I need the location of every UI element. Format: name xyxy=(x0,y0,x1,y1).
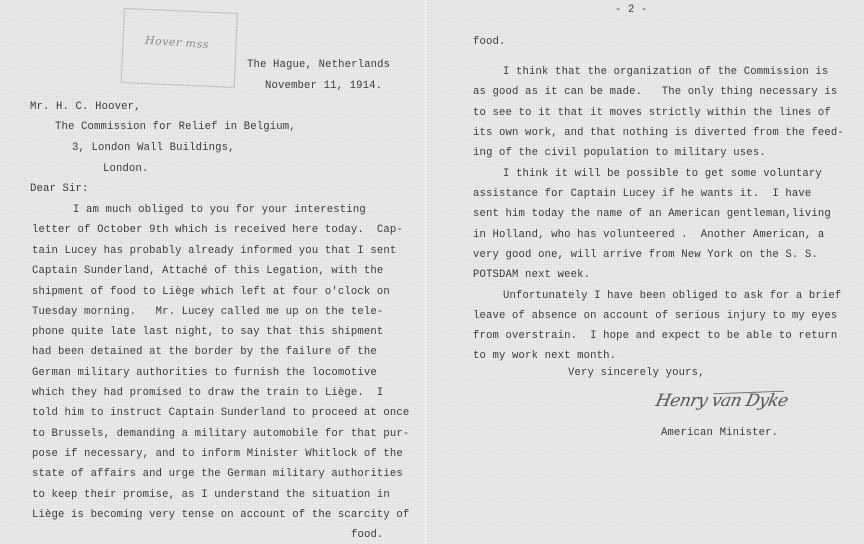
recipient-city: London. xyxy=(103,163,149,175)
page-seam-divider xyxy=(425,0,426,544)
body-line: I think that the organization of the Com… xyxy=(503,66,828,78)
recipient-organization: The Commission for Relief in Belgium, xyxy=(55,121,296,133)
closing: Very sincerely yours, xyxy=(568,367,705,379)
body-line: Captain Sunderland, Attaché of this Lega… xyxy=(32,265,383,277)
page-number: - 2 - xyxy=(615,4,648,16)
body-line: sent him today the name of an American g… xyxy=(473,208,831,220)
body-line: from overstrain. I hope and expect to be… xyxy=(473,330,837,342)
body-line: I am much obliged to you for your intere… xyxy=(73,204,366,216)
body-line: German military authorities to furnish t… xyxy=(32,367,377,379)
salutation: Dear Sir: xyxy=(30,183,89,195)
continuation-word: food. xyxy=(473,36,506,48)
body-line: assistance for Captain Lucey if he wants… xyxy=(473,188,811,200)
letter-date: November 11, 1914. xyxy=(265,80,382,92)
signatory-title: American Minister. xyxy=(661,427,778,439)
body-line: had been detained at the border by the f… xyxy=(32,346,377,358)
recipient-name: Mr. H. C. Hoover, xyxy=(30,101,141,113)
body-line: to my work next month. xyxy=(473,350,616,362)
body-line: state of affairs and urge the German mil… xyxy=(32,468,403,480)
signature-text: Henry van Dyke xyxy=(654,391,790,411)
body-line: tain Lucey has probably already informed… xyxy=(32,245,396,257)
body-line: Liège is becoming very tense on account … xyxy=(32,509,409,521)
body-line: its own work, and that nothing is divert… xyxy=(473,127,844,139)
body-line: told him to instruct Captain Sunderland … xyxy=(32,407,409,419)
body-line: which they had promised to draw the trai… xyxy=(32,387,383,399)
letter-place: The Hague, Netherlands xyxy=(247,59,390,71)
body-line: as good as it can be made. The only thin… xyxy=(473,86,837,98)
body-line: phone quite late last night, to say that… xyxy=(32,326,383,338)
letter-page-2: - 2 - food. I think that the organizatio… xyxy=(425,0,864,544)
body-line: in Holland, who has volunteered . Anothe… xyxy=(473,229,824,241)
body-line: very good one, will arrive from New York… xyxy=(473,249,818,261)
body-line: Unfortunately I have been obliged to ask… xyxy=(503,290,841,302)
letter-page-1: Hover mss The Hague, Netherlands Novembe… xyxy=(0,0,432,544)
body-line: to see to it that it moves strictly with… xyxy=(473,107,831,119)
body-line: leave of absence on account of serious i… xyxy=(473,310,837,322)
recipient-street: 3, London Wall Buildings, xyxy=(72,142,235,154)
catchword: food. xyxy=(351,529,384,541)
body-line: to keep their promise, as I understand t… xyxy=(32,489,390,501)
body-line: POTSDAM next week. xyxy=(473,269,590,281)
body-line: Tuesday morning. Mr. Lucey called me up … xyxy=(32,306,383,318)
body-line: pose if necessary, and to inform Ministe… xyxy=(32,448,403,460)
body-line: shipment of food to Liège which left at … xyxy=(32,286,390,298)
body-line: I think it will be possible to get some … xyxy=(503,168,822,180)
body-line: ing of the civil population to military … xyxy=(473,147,766,159)
body-line: letter of October 9th which is received … xyxy=(32,224,403,236)
handwritten-signature: Henry van Dyke xyxy=(654,391,790,411)
body-line: to Brussels, demanding a military automo… xyxy=(32,428,409,440)
